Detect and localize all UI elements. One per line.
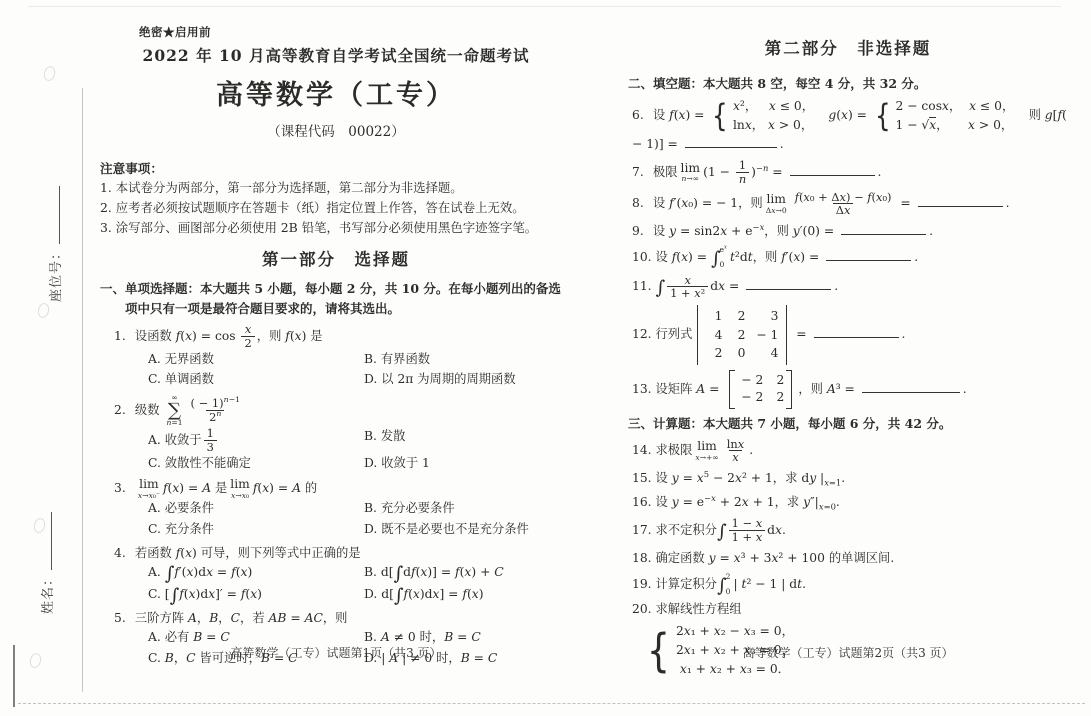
note-3: 3. 涂写部分、画图部分必须使用 2B 铅笔，书写部分必须使用黑色字迹签字笔。 <box>100 218 572 238</box>
q1-option-c: C. 单调函数 <box>148 370 364 390</box>
calc-question-14: 14. 求极限limx→+∞lnxx. <box>632 438 1068 465</box>
scan-top-edge <box>28 6 1061 7</box>
punch-hole <box>36 302 50 319</box>
fill-question-11: 11. ∫x1 + x²dx = . <box>632 274 1068 301</box>
q3-option-d: D. 既不是必要也不是充分条件 <box>364 520 572 540</box>
q9-text: 设 y = sin2x + e−x，则 y′(0) = . <box>653 224 933 238</box>
fill-question-10: 10. 设 f(x) = ∫ex0t²dt，则 f′(x) = . <box>632 246 1068 268</box>
fill-in-intro: 二、填空题：本大题共 8 空，每空 4 分，共 32 分。 <box>628 74 1068 93</box>
q3-option-b: B. 充分必要条件 <box>364 499 572 519</box>
q5-stem: 5. 三阶方阵 A，B，C，若 AB = AC，则 <box>114 609 572 628</box>
q2-option-a: A. 收敛于13 <box>148 427 364 454</box>
fill-question-8: 8. 设 f′(x₀) = − 1，则limΔx→0f(x₀ + Δx) − f… <box>632 191 1068 218</box>
binding-margin-line <box>82 88 83 692</box>
fill-question-12: 12. 行列式12342− 1204 = . <box>632 305 1068 364</box>
q1-option-d: D. 以 2π 为周期的周期函数 <box>364 370 572 390</box>
q3-option-a: A. 必要条件 <box>148 499 364 519</box>
q11-text: ∫x1 + x²dx = . <box>655 279 838 293</box>
q6-text: 设 f(x) = {x²， x ≤ 0，lnx， x > 0， g(x) = {… <box>632 108 1067 151</box>
q2-number: 2. <box>114 401 131 420</box>
exam-title-line2: 高等数学（工专） <box>100 75 572 117</box>
q18-text: 确定函数 y = x³ + 3x² + 100 的单调区间. <box>655 551 894 565</box>
q3-stem-text: limx→x₀⁻f(x) = A 是limx→x₀f(x) = A 的 <box>135 481 317 495</box>
q15-text: 设 y = x5 − 2x² + 1，求 dy |x=1. <box>655 471 845 485</box>
calc-question-18: 18. 确定函数 y = x³ + 3x² + 100 的单调区间. <box>632 549 1068 568</box>
q5-stem-text: 三阶方阵 A，B，C，若 AB = AC，则 <box>135 611 348 625</box>
q13-text: 设矩阵 A = − 22− 22，则 A³ = . <box>655 382 966 396</box>
page-2-footer: 高等数学（工专）试题第2页（共3 页） <box>628 644 1068 663</box>
q4-number: 4. <box>114 544 131 563</box>
q20-number: 20. <box>632 600 652 619</box>
q3-option-c: C. 充分条件 <box>148 520 364 540</box>
q17-text: 求不定积分∫1 − x1 + xdx. <box>655 523 785 537</box>
q10-number: 10. <box>632 248 652 267</box>
notes-title: 注意事项： <box>100 159 572 179</box>
q13-number: 13. <box>632 380 652 399</box>
q4-stem: 4. 若函数 f(x) 可导，则下列等式中正确的是 <box>114 544 572 563</box>
q18-number: 18. <box>632 549 652 568</box>
q4-stem-text: 若函数 f(x) 可导，则下列等式中正确的是 <box>135 546 361 560</box>
q4-option-a: A. ∫f′(x)dx = f(x) <box>148 563 364 584</box>
q3-stem: 3. limx→x₀⁻f(x) = A 是limx→x₀f(x) = A 的 <box>114 478 572 499</box>
q14-number: 14. <box>632 441 652 460</box>
name-label: 姓名： <box>38 512 59 614</box>
q2-stem-text: 级数 ∞∑n=1( − 1)n−12n <box>135 403 245 417</box>
q1-number: 1. <box>114 327 131 346</box>
q2-option-c: C. 敛散性不能确定 <box>148 454 364 474</box>
q2-options: A. 收敛于13 B. 发散 C. 敛散性不能确定 D. 收敛于 1 <box>148 427 572 474</box>
mcq-question-1: 1. 设函数 f(x) = cos x2，则 f(x) 是 A. 无界函数 B.… <box>114 323 572 390</box>
page-2: 第二部分 非选择题 二、填空题：本大题共 8 空，每空 4 分，共 32 分。 … <box>628 36 1068 684</box>
q8-text: 设 f′(x₀) = − 1，则limΔx→0f(x₀ + Δx) − f(x₀… <box>653 196 1010 210</box>
q1-option-a: A. 无界函数 <box>148 350 364 370</box>
q7-number: 7. <box>632 163 649 182</box>
scan-left-edge-mark <box>13 645 15 707</box>
q14-text: 求极限limx→+∞lnxx. <box>655 443 753 457</box>
q2-option-b: B. 发散 <box>364 427 572 454</box>
q1-options: A. 无界函数 B. 有界函数 C. 单调函数 D. 以 2π 为周期的周期函数 <box>148 350 572 390</box>
mcq-question-2: 2. 级数 ∞∑n=1( − 1)n−12n A. 收敛于13 B. 发散 C.… <box>114 394 572 474</box>
q8-number: 8. <box>632 194 649 213</box>
calc-intro: 三、计算题：本大题共 7 小题，每小题 6 分，共 42 分。 <box>628 414 1068 433</box>
q16-number: 16. <box>632 493 652 512</box>
name-blank <box>38 512 52 570</box>
course-code: （课程代码 00022） <box>100 122 572 143</box>
calc-question-16: 16. 设 y = e−x + 2x + 1，求 y″|x=0. <box>632 493 1068 512</box>
section-2-header: 第二部分 非选择题 <box>628 36 1068 62</box>
q19-text: 计算定积分∫20| t² − 1 | dt. <box>655 577 806 591</box>
q3-number: 3. <box>114 479 131 498</box>
q19-number: 19. <box>632 575 652 594</box>
q2-stem: 2. 级数 ∞∑n=1( − 1)n−12n <box>114 394 572 427</box>
q17-number: 17. <box>632 521 652 540</box>
q3-options: A. 必要条件 B. 充分必要条件 C. 充分条件 D. 既不是必要也不是充分条… <box>148 499 572 539</box>
scan-bottom-edge <box>18 703 1085 704</box>
q9-number: 9. <box>632 222 649 241</box>
calc-question-17: 17. 求不定积分∫1 − x1 + xdx. <box>632 517 1068 544</box>
q2-option-d: D. 收敛于 1 <box>364 454 572 474</box>
q1-stem-text: 设函数 f(x) = cos x2，则 f(x) 是 <box>135 329 323 343</box>
q10-text: 设 f(x) = ∫ex0t²dt，则 f′(x) = . <box>655 250 918 264</box>
q4-options: A. ∫f′(x)dx = f(x) B. d[∫df(x)] = f(x) +… <box>148 563 572 606</box>
punch-hole <box>28 652 42 669</box>
q1-stem: 1. 设函数 f(x) = cos x2，则 f(x) 是 <box>114 323 572 350</box>
q12-number: 12. <box>632 325 652 344</box>
note-2: 2. 应考者必须按试题顺序在答题卡（纸）指定位置上作答，答在试卷上无效。 <box>100 198 572 218</box>
punch-hole <box>42 65 56 82</box>
q6-number: 6. <box>632 106 649 125</box>
q1-option-b: B. 有界函数 <box>364 350 572 370</box>
exam-title-line1: 2022 年 10 月高等教育自学考试全国统一命题考试 <box>100 44 572 68</box>
page-1: 2022 年 10 月高等教育自学考试全国统一命题考试 高等数学（工专） （课程… <box>100 44 572 673</box>
q7-text: 极限limn→∞(1 − 1n)−n = . <box>653 165 882 179</box>
calc-question-15: 15. 设 y = x5 − 2x² + 1，求 dy |x=1. <box>632 469 1068 488</box>
seat-number-blank <box>46 186 60 244</box>
seat-number-text: 座位号： <box>49 246 64 302</box>
fill-question-7: 7. 极限limn→∞(1 − 1n)−n = . <box>632 159 1068 186</box>
mcq-question-4: 4. 若函数 f(x) 可导，则下列等式中正确的是 A. ∫f′(x)dx = … <box>114 544 572 606</box>
q5-number: 5. <box>114 609 131 628</box>
q4-option-c: C. [∫f(x)dx]′ = f(x) <box>148 585 364 606</box>
exam-scan: { "secrecy": "绝密★启用前", "margin": { "seat… <box>0 0 1091 716</box>
fill-question-9: 9. 设 y = sin2x + e−x，则 y′(0) = . <box>632 222 1068 241</box>
q12-text: 行列式12342− 1204 = . <box>655 327 905 341</box>
seat-number-label: 座位号： <box>46 186 67 302</box>
q4-option-d: D. d[∫f(x)dx] = f(x) <box>364 585 572 606</box>
secrecy-banner: 绝密★启用前 <box>139 24 211 42</box>
name-text: 姓名： <box>41 572 56 614</box>
note-1: 1. 本试卷分为两部分，第一部分为选择题，第二部分为非选择题。 <box>100 178 572 198</box>
q4-option-b: B. d[∫df(x)] = f(x) + C <box>364 563 572 584</box>
section-1-header: 第一部分 选择题 <box>100 247 572 273</box>
mcq-question-3: 3. limx→x₀⁻f(x) = A 是limx→x₀f(x) = A 的 A… <box>114 478 572 540</box>
fill-question-13: 13. 设矩阵 A = − 22− 22，则 A³ = . <box>632 370 1068 410</box>
calc-question-19: 19. 计算定积分∫20| t² − 1 | dt. <box>632 573 1068 595</box>
q15-number: 15. <box>632 469 652 488</box>
fill-question-6: 6. 设 f(x) = {x²， x ≤ 0，lnx， x > 0， g(x) … <box>632 97 1068 154</box>
page-1-footer: 高等数学（工专）试题第1页（共3 页） <box>100 644 572 663</box>
q11-number: 11. <box>632 277 652 296</box>
q16-text: 设 y = e−x + 2x + 1，求 y″|x=0. <box>655 495 839 509</box>
calc-question-20: 20. 求解线性方程组{2x₁ + x₂ − x₃ = 0，2x₁ + x₂ +… <box>632 600 1068 679</box>
mcq-intro: 一、单项选择题：本大题共 5 小题，每小题 2 分，共 10 分。在每小题列出的… <box>100 279 572 318</box>
